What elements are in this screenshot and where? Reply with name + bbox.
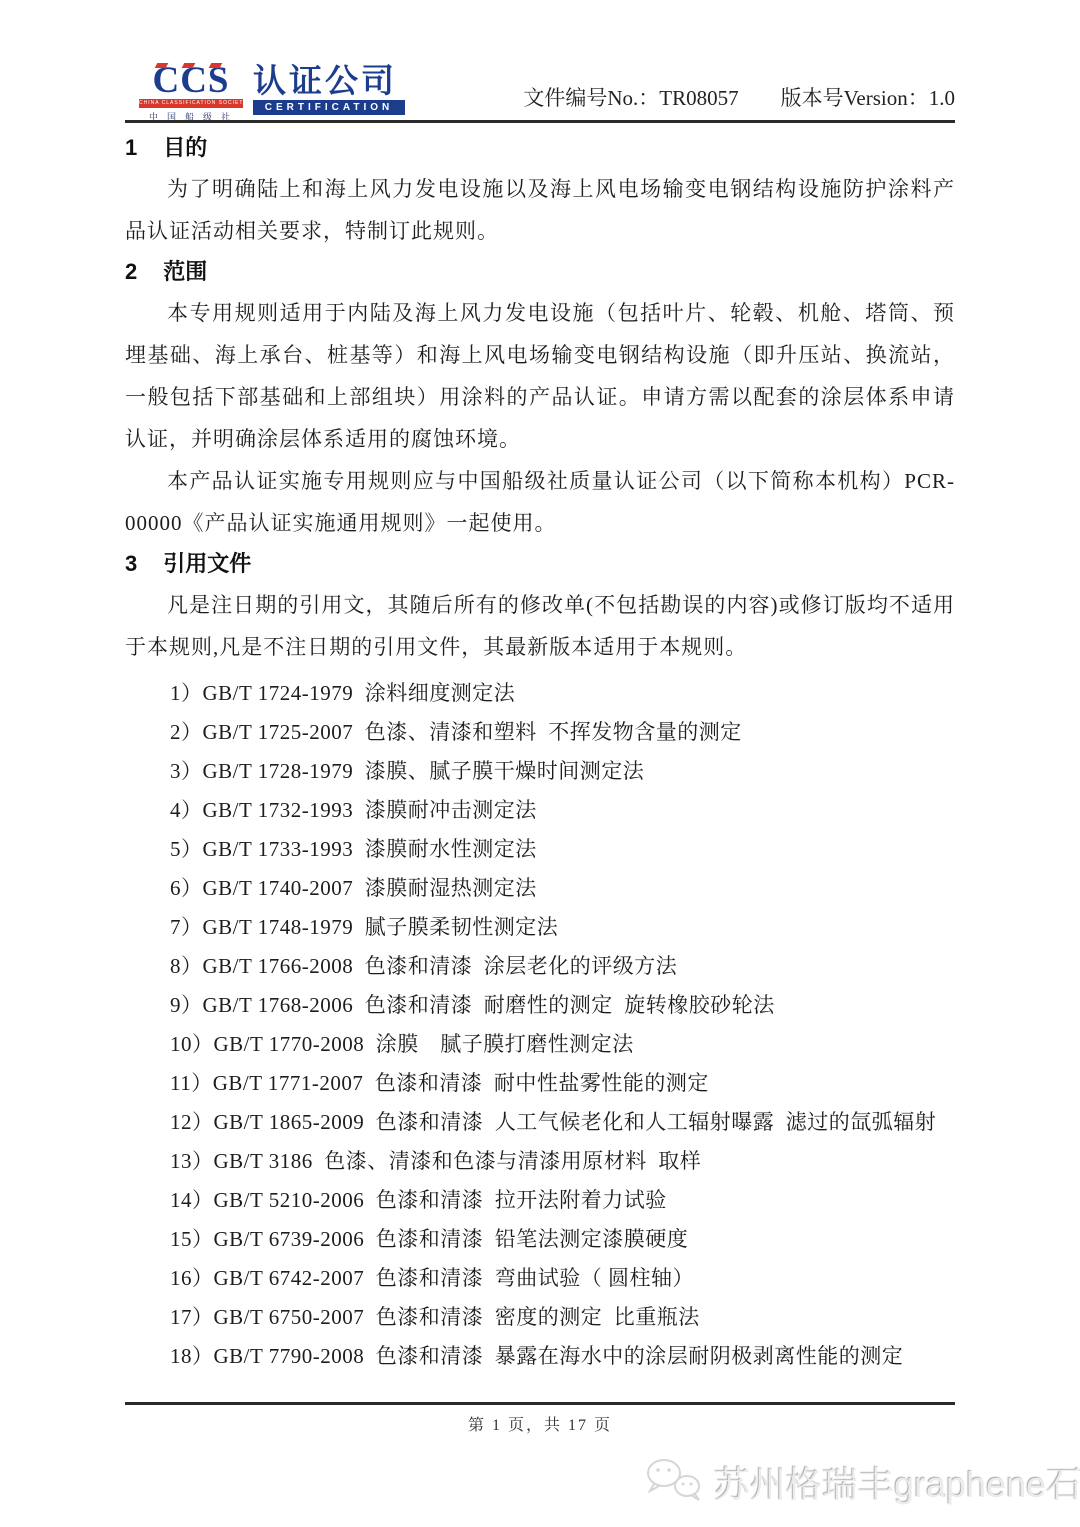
section-heading: 2 范围 <box>125 258 955 286</box>
certification-bar: CERTIFICATION <box>253 100 405 115</box>
reference-item: 12）GB/T 1865-2009 色漆和清漆 人工气候老化和人工辐射曝露 滤过… <box>125 1103 955 1142</box>
section-scope: 2 范围 本专用规则适用于内陆及海上风力发电设施（包括叶片、轮毂、机舱、塔筒、预… <box>125 258 955 544</box>
reference-item: 16）GB/T 6742-2007 色漆和清漆 弯曲试验（ 圆柱轴） <box>125 1259 955 1298</box>
reference-item: 18）GB/T 7790-2008 色漆和清漆 暴露在海水中的涂层耐阴极剥离性能… <box>125 1337 955 1376</box>
reference-item: 4）GB/T 1732-1993 漆膜耐冲击测定法 <box>125 791 955 830</box>
ccs-logo-mark: CCS <box>152 64 229 98</box>
watermark-text: 苏州格瑞丰graphene石墨烯 <box>714 1457 1080 1508</box>
ccs-logo-right: 认证公司 CERTIFICATION <box>253 64 405 115</box>
certification-company-name: 认证公司 <box>253 64 405 98</box>
reference-item: 6）GB/T 1740-2007 漆膜耐湿热测定法 <box>125 869 955 908</box>
ccs-logo-left: CCS CHINA CLASSIFICATION SOCIETY 中国船级社 <box>137 64 245 123</box>
document-version: 版本号Version：1.0 <box>781 82 955 112</box>
reference-item: 10）GB/T 1770-2008 涂膜 腻子膜打磨性测定法 <box>125 1025 955 1064</box>
reference-item: 11）GB/T 1771-2007 色漆和清漆 耐中性盐雾性能的测定 <box>125 1064 955 1103</box>
header-rule <box>125 120 955 123</box>
reference-item: 5）GB/T 1733-1993 漆膜耐水性测定法 <box>125 830 955 869</box>
document-page: CCS CHINA CLASSIFICATION SOCIETY 中国船级社 认… <box>0 0 1080 1527</box>
reference-item: 7）GB/T 1748-1979 腻子膜柔韧性测定法 <box>125 908 955 947</box>
reference-item: 3）GB/T 1728-1979 漆膜、腻子膜干燥时间测定法 <box>125 752 955 791</box>
header: CCS CHINA CLASSIFICATION SOCIETY 中国船级社 认… <box>137 64 955 123</box>
page-number: 第 1 页，共 17 页 <box>0 1412 1080 1435</box>
document-number: 文件编号No.：TR08057 <box>523 82 738 112</box>
paragraph: 为了明确陆上和海上风力发电设施以及海上风电场输变电钢结构设施防护涂料产品认证活动… <box>125 168 955 252</box>
reference-list: 1）GB/T 1724-1979 涂料细度测定法 2）GB/T 1725-200… <box>125 674 955 1376</box>
section-purpose: 1 目的 为了明确陆上和海上风力发电设施以及海上风电场输变电钢结构设施防护涂料产… <box>125 134 955 252</box>
document-body: 1 目的 为了明确陆上和海上风力发电设施以及海上风电场输变电钢结构设施防护涂料产… <box>125 128 955 1376</box>
section-number: 3 <box>125 550 137 578</box>
section-title: 范围 <box>163 258 207 286</box>
paragraph: 本专用规则适用于内陆及海上风力发电设施（包括叶片、轮毂、机舱、塔筒、预埋基础、海… <box>125 292 955 460</box>
footer-rule <box>125 1402 955 1405</box>
reference-item: 15）GB/T 6739-2006 色漆和清漆 铅笔法测定漆膜硬度 <box>125 1220 955 1259</box>
reference-item: 8）GB/T 1766-2008 色漆和清漆 涂层老化的评级方法 <box>125 947 955 986</box>
reference-item: 17）GB/T 6750-2007 色漆和清漆 密度的测定 比重瓶法 <box>125 1298 955 1337</box>
section-heading: 1 目的 <box>125 134 955 162</box>
ccs-logo: CCS CHINA CLASSIFICATION SOCIETY 中国船级社 认… <box>137 64 405 123</box>
section-number: 1 <box>125 134 137 162</box>
section-references: 3 引用文件 凡是注日期的引用文，其随后所有的修改单(不包括勘误的内容)或修订版… <box>125 550 955 1376</box>
reference-item: 1）GB/T 1724-1979 涂料细度测定法 <box>125 674 955 713</box>
section-title: 引用文件 <box>163 550 251 578</box>
reference-item: 2）GB/T 1725-2007 色漆、清漆和塑料 不挥发物含量的测定 <box>125 713 955 752</box>
document-meta: 文件编号No.：TR08057 版本号Version：1.0 <box>523 82 955 112</box>
reference-item: 14）GB/T 5210-2006 色漆和清漆 拉开法附着力试验 <box>125 1181 955 1220</box>
reference-item: 13）GB/T 3186 色漆、清漆和色漆与清漆用原材料 取样 <box>125 1142 955 1181</box>
section-number: 2 <box>125 258 137 286</box>
wechat-icon <box>642 1455 708 1510</box>
reference-item: 9）GB/T 1768-2006 色漆和清漆 耐磨性的测定 旋转橡胶砂轮法 <box>125 986 955 1025</box>
paragraph: 凡是注日期的引用文，其随后所有的修改单(不包括勘误的内容)或修订版均不适用于本规… <box>125 584 955 668</box>
watermark: 苏州格瑞丰graphene石墨烯 <box>642 1455 1080 1510</box>
section-heading: 3 引用文件 <box>125 550 955 578</box>
section-title: 目的 <box>163 134 207 162</box>
paragraph: 本产品认证实施专用规则应与中国船级社质量认证公司（以下简称本机构）PCR-000… <box>125 460 955 544</box>
